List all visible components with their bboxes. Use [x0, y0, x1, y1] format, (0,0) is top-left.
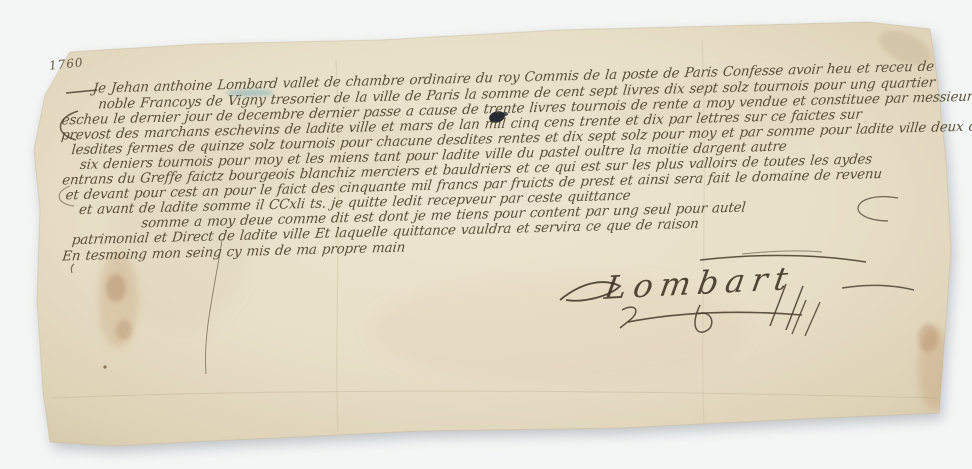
stain [106, 274, 126, 302]
manuscript-scan: 1760 Je Jehan anthoine Lombard vallet de… [0, 0, 972, 469]
parchment-graphic [0, 0, 972, 469]
parchment-mottle [610, 72, 830, 148]
stain [116, 320, 132, 340]
stain-dot [103, 365, 106, 368]
stain [918, 324, 938, 352]
blue-smudge [226, 90, 274, 97]
ink-blot [502, 112, 508, 116]
